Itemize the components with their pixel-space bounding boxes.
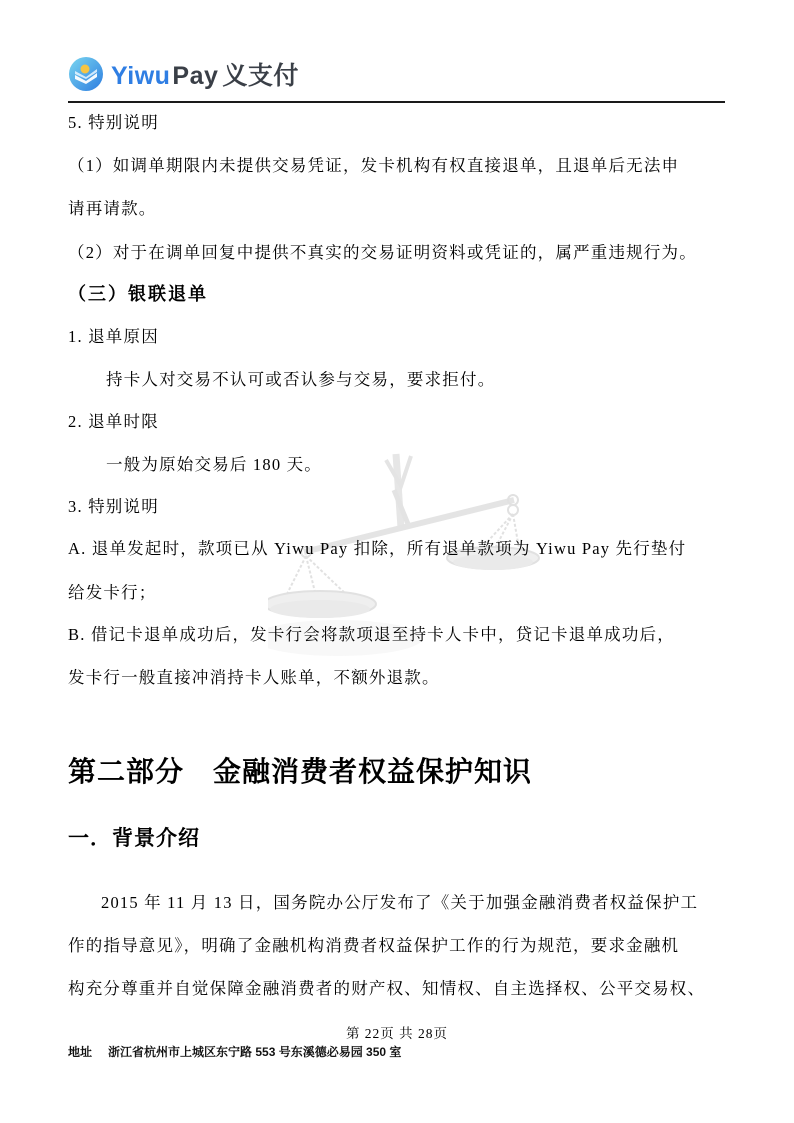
- doc-line: 发卡行一般直接冲消持卡人账单，不额外退款。: [68, 667, 440, 689]
- footer-address: 地址浙江省杭州市上城区东宁路 553 号东溪德必易园 350 室: [68, 1043, 401, 1060]
- yiwupay-logo-icon: [68, 56, 104, 92]
- doc-line: 一般为原始交易后 180 天。: [106, 454, 322, 476]
- logo-wordmark: Yiwu Pay 义支付: [111, 56, 299, 92]
- document-page: Yiwu Pay 义支付: [0, 0, 794, 1123]
- doc-line: 给发卡行；: [68, 582, 157, 604]
- brand-name-en-pay: Pay: [172, 62, 218, 91]
- background-section-title: 一．背景介绍: [68, 822, 200, 852]
- part-title: 第二部分 金融消费者权益保护知识: [68, 750, 532, 790]
- brand-name-cn: 义支付: [222, 56, 299, 92]
- paragraph-line: 作的指导意见》，明确了金融机构消费者权益保护工作的行为规范，要求金融机: [68, 932, 679, 956]
- doc-line: 请再请款。: [68, 198, 157, 220]
- paragraph-line: 2015 年 11 月 13 日，国务院办公厅发布了《关于加强金融消费者权益保护…: [101, 889, 698, 913]
- doc-line: 2. 退单时限: [68, 411, 159, 433]
- page-number-indicator: 第 22页 共 28页: [0, 1022, 794, 1042]
- doc-line: 1. 退单原因: [68, 326, 159, 348]
- doc-line: 5. 特别说明: [68, 112, 159, 134]
- doc-line: （2）对于在调单回复中提供不真实的交易证明资料或凭证的，属严重违规行为。: [68, 242, 697, 264]
- address-value: 浙江省杭州市上城区东宁路 553 号东溪德必易园 350 室: [108, 1045, 401, 1059]
- address-label: 地址: [68, 1045, 92, 1059]
- doc-line: A. 退单发起时，款项已从 Yiwu Pay 扣除，所有退单款项为 Yiwu P…: [68, 538, 686, 560]
- yiwupay-logo: Yiwu Pay 义支付: [68, 56, 726, 92]
- header-divider: [68, 101, 725, 103]
- doc-line: 持卡人对交易不认可或否认参与交易，要求拒付。: [106, 369, 495, 391]
- section-heading-unionpay-chargeback: （三）银联退单: [68, 283, 208, 305]
- doc-line: 3. 特别说明: [68, 496, 159, 518]
- page-header: Yiwu Pay 义支付: [68, 56, 726, 98]
- doc-line: （1）如调单期限内未提供交易凭证，发卡机构有权直接退单，且退单后无法申: [68, 155, 679, 177]
- paragraph-line: 构充分尊重并自觉保障金融消费者的财产权、知情权、自主选择权、公平交易权、: [68, 975, 705, 999]
- doc-line: B. 借记卡退单成功后，发卡行会将款项退至持卡人卡中，贷记卡退单成功后，: [68, 624, 675, 646]
- brand-name-en-yiwu: Yiwu: [111, 62, 170, 91]
